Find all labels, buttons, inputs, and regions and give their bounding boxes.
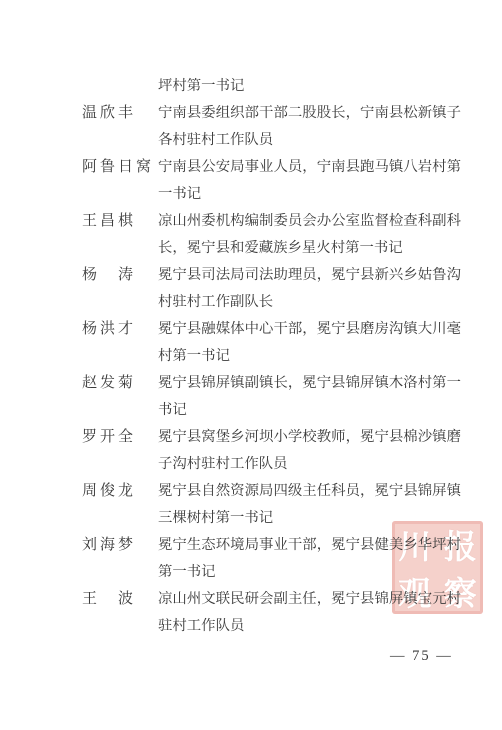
entry-description: 冕宁县窝堡乡河坝小学校教师，冕宁县棉沙镇磨子沟村驻村工作队员 bbox=[158, 424, 461, 478]
roster-entry: 温欣丰 宁南县委组织部干部二股股长，宁南县松新镇子各村驻村工作队员 bbox=[82, 100, 464, 154]
entry-name: 王昌棋 bbox=[82, 208, 158, 235]
entry-name: 杨 涛 bbox=[82, 262, 158, 289]
entry-name: 赵发菊 bbox=[82, 370, 158, 397]
entry-description: 冕宁县锦屏镇副镇长，冕宁县锦屏镇木洛村第一书记 bbox=[158, 370, 461, 424]
page-number: — 75 — bbox=[390, 648, 453, 665]
entry-description: 宁南县公安局事业人员，宁南县跑马镇八岩村第一书记 bbox=[158, 154, 461, 208]
entry-description: 冕宁生态环境局事业干部，冕宁县健美乡华坪村第一书记 bbox=[158, 532, 461, 586]
entry-description: 冕宁县融媒体中心干部，冕宁县磨房沟镇大川毫村第一书记 bbox=[158, 316, 461, 370]
roster-entry: 刘海梦 冕宁生态环境局事业干部，冕宁县健美乡华坪村第一书记 bbox=[82, 532, 464, 586]
roster-entry: 赵发菊 冕宁县锦屏镇副镇长，冕宁县锦屏镇木洛村第一书记 bbox=[82, 370, 464, 424]
roster-entry: 周俊龙 冕宁县自然资源局四级主任科员，冕宁县锦屏镇三棵树村第一书记 bbox=[82, 478, 464, 532]
entry-description: 坪村第一书记 bbox=[158, 73, 461, 100]
document-page: 川 报 观 察 坪村第一书记 温欣丰 宁南县委组织部干部二股股长，宁南县松新镇子… bbox=[0, 0, 502, 730]
entry-name: 温欣丰 bbox=[82, 100, 158, 127]
entry-name: 罗开全 bbox=[82, 424, 158, 451]
entry-name: 刘海梦 bbox=[82, 532, 158, 559]
entry-description: 冕宁县司法局司法助理员，冕宁县新兴乡姑鲁沟村驻村工作副队长 bbox=[158, 262, 461, 316]
entry-description: 冕宁县自然资源局四级主任科员，冕宁县锦屏镇三棵树村第一书记 bbox=[158, 478, 461, 532]
roster-entry: 王昌棋 凉山州委机构编制委员会办公室监督检查科副科长，冕宁县和爱藏族乡星火村第一… bbox=[82, 208, 464, 262]
roster-entry: 阿鲁日窝 宁南县公安局事业人员，宁南县跑马镇八岩村第一书记 bbox=[82, 154, 464, 208]
roster-entry: 王 波 凉山州文联民研会副主任，冕宁县锦屏镇宝元村驻村工作队员 bbox=[82, 586, 464, 640]
entry-name: 阿鲁日窝 bbox=[82, 154, 158, 181]
appointee-roster: 坪村第一书记 温欣丰 宁南县委组织部干部二股股长，宁南县松新镇子各村驻村工作队员… bbox=[82, 73, 464, 640]
entry-name: 王 波 bbox=[82, 586, 158, 613]
entry-name: 杨洪才 bbox=[82, 316, 158, 343]
entry-name: 周俊龙 bbox=[82, 478, 158, 505]
entry-description: 凉山州文联民研会副主任，冕宁县锦屏镇宝元村驻村工作队员 bbox=[158, 586, 461, 640]
roster-entry: 杨 涛 冕宁县司法局司法助理员，冕宁县新兴乡姑鲁沟村驻村工作副队长 bbox=[82, 262, 464, 316]
roster-entry: 罗开全 冕宁县窝堡乡河坝小学校教师，冕宁县棉沙镇磨子沟村驻村工作队员 bbox=[82, 424, 464, 478]
roster-entry-continuation: 坪村第一书记 bbox=[82, 73, 464, 100]
entry-description: 凉山州委机构编制委员会办公室监督检查科副科长，冕宁县和爱藏族乡星火村第一书记 bbox=[158, 208, 461, 262]
entry-description: 宁南县委组织部干部二股股长，宁南县松新镇子各村驻村工作队员 bbox=[158, 100, 461, 154]
roster-entry: 杨洪才 冕宁县融媒体中心干部，冕宁县磨房沟镇大川毫村第一书记 bbox=[82, 316, 464, 370]
